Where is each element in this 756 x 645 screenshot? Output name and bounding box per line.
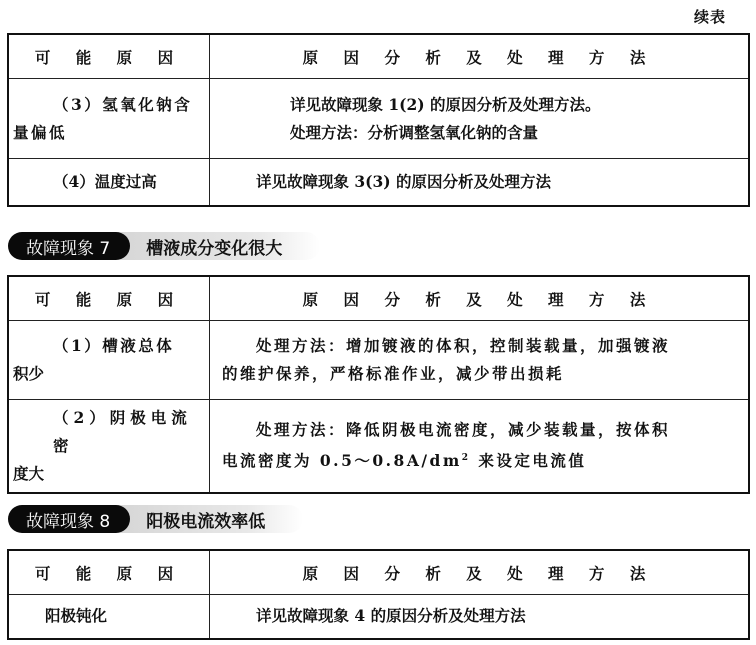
analysis-cell: 处理方法：降低阴极电流密度，减少装载量，按体积 电流密度为 0.5～0.8A/d… [210,400,750,494]
table-fault-8: 可 能 原 因 原 因 分 析 及 处 理 方 法 阳极钝化 详见故障现象 4 … [7,549,750,640]
section-header-8: 故障现象 8 阳极电流效率低 [8,504,303,534]
table-row: 阳极钝化 详见故障现象 4 的原因分析及处理方法 [8,595,749,639]
table-row: （1）槽液总体 积少 处理方法：增加镀液的体积，控制装载量，加强镀液 的维护保养… [8,321,749,400]
table-row: （2）阴极电流密 度大 处理方法：降低阴极电流密度，减少装载量，按体积 电流密度… [8,400,749,494]
fault-title: 阳极电流效率低 [114,505,303,533]
table-header-row: 可 能 原 因 原 因 分 析 及 处 理 方 法 [8,550,749,595]
analysis-cell: 详见故障现象 1(2) 的原因分析及处理方法。 处理方法：分析调整氢氧化钠的含量 [210,79,750,159]
header-analysis: 原 因 分 析 及 处 理 方 法 [210,550,750,595]
table-row: （4）温度过高 详见故障现象 3(3) 的原因分析及处理方法 [8,159,749,206]
cause-cell: （3）氢氧化钠含 量偏低 [8,79,210,159]
cause-cell: （1）槽液总体 积少 [8,321,210,400]
method-label: 处理方法： [256,420,346,439]
table-continued: 可 能 原 因 原 因 分 析 及 处 理 方 法 （3）氢氧化钠含 量偏低 详… [7,33,750,207]
header-analysis: 原 因 分 析 及 处 理 方 法 [210,276,750,321]
analysis-cell: 详见故障现象 3(3) 的原因分析及处理方法 [210,159,750,206]
method-label: 处理方法： [290,123,368,142]
table-fault-7: 可 能 原 因 原 因 分 析 及 处 理 方 法 （1）槽液总体 积少 处理方… [7,275,750,494]
header-analysis: 原 因 分 析 及 处 理 方 法 [210,34,750,79]
table-row: （3）氢氧化钠含 量偏低 详见故障现象 1(2) 的原因分析及处理方法。 处理方… [8,79,749,159]
header-cause: 可 能 原 因 [8,550,210,595]
header-cause: 可 能 原 因 [8,276,210,321]
fault-badge: 故障现象 7 [8,232,130,260]
header-cause: 可 能 原 因 [8,34,210,79]
fault-title: 槽液成分变化很大 [114,232,320,260]
cause-cell: （2）阴极电流密 度大 [8,400,210,494]
analysis-cell: 详见故障现象 4 的原因分析及处理方法 [210,595,750,639]
section-header-7: 故障现象 7 槽液成分变化很大 [8,231,320,261]
cause-cell: 阳极钝化 [8,595,210,639]
continued-label: 续表 [694,6,726,27]
fault-badge: 故障现象 8 [8,505,130,533]
cause-cell: （4）温度过高 [8,159,210,206]
table-header-row: 可 能 原 因 原 因 分 析 及 处 理 方 法 [8,276,749,321]
method-label: 处理方法： [256,336,346,355]
table-header-row: 可 能 原 因 原 因 分 析 及 处 理 方 法 [8,34,749,79]
analysis-cell: 处理方法：增加镀液的体积，控制装载量，加强镀液 的维护保养，严格标准作业，减少带… [210,321,750,400]
